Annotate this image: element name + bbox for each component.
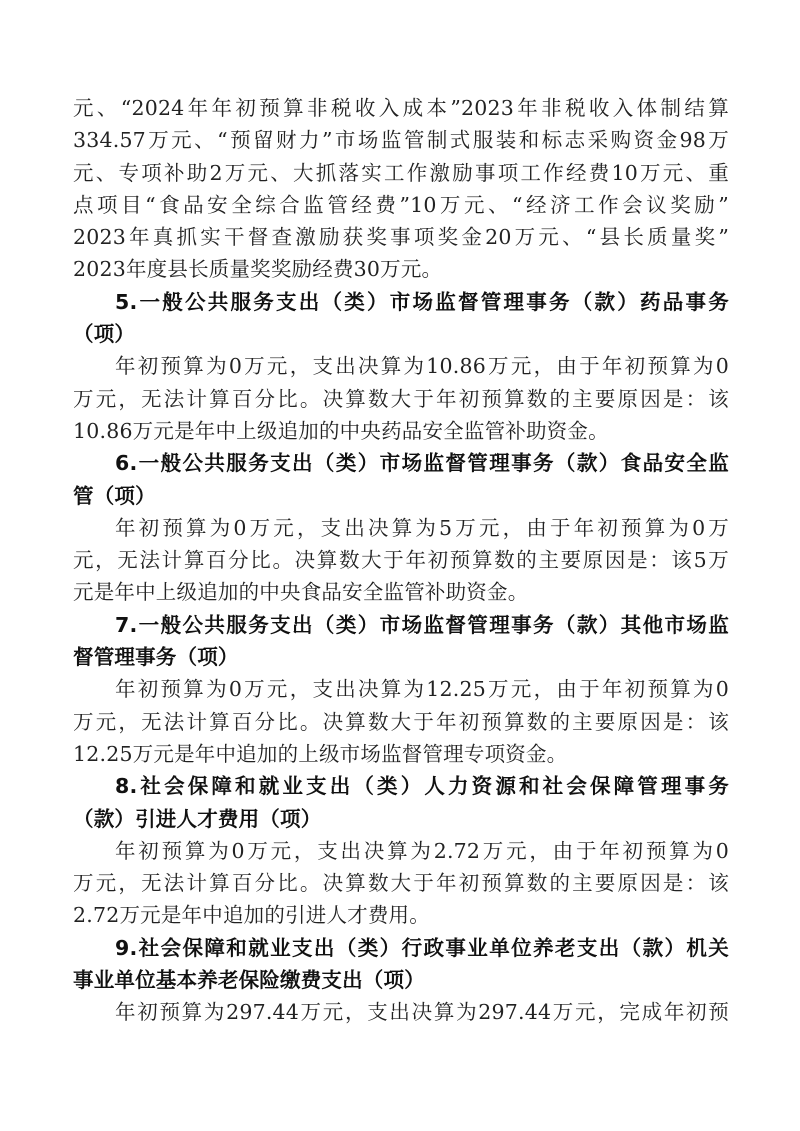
text-line: 年初预算为0万元，支出决算为12.25万元，由于年初预算为0 <box>73 673 729 705</box>
section-heading: 事业单位基本养老保险缴费支出（项） <box>73 964 729 996</box>
text-line: 年初预算为0万元，支出决算为10.86万元，由于年初预算为0 <box>73 350 729 382</box>
text-line: 点项目“食品安全综合监管经费”10万元、“经济工作会议奖励” <box>73 189 729 221</box>
section-heading: 6.一般公共服务支出（类）市场监督管理事务（款）食品安全监 <box>73 447 729 479</box>
section-heading: 督管理事务（项） <box>73 641 729 673</box>
text-line: 元、专项补助2万元、大抓落实工作激励事项工作经费10万元、重 <box>73 157 729 189</box>
section-5: 5.一般公共服务支出（类）市场监督管理事务（款）药品事务 （项） 年初预算为0万… <box>73 286 729 447</box>
text-line: 12.25万元是年中追加的上级市场监督管理专项资金。 <box>73 738 729 770</box>
text-line: 年初预算为0万元，支出决算为5万元，由于年初预算为0万 <box>73 512 729 544</box>
section-6: 6.一般公共服务支出（类）市场监督管理事务（款）食品安全监 管（项） 年初预算为… <box>73 447 729 608</box>
text-line: 万元，无法计算百分比。决算数大于年初预算数的主要原因是：该 <box>73 383 729 415</box>
text-line: 万元，无法计算百分比。决算数大于年初预算数的主要原因是：该 <box>73 706 729 738</box>
text-line: 2023年真抓实干督查激励获奖事项奖金20万元、“县长质量奖” <box>73 221 729 253</box>
text-line: 元、“2024年年初预算非税收入成本”2023年非税收入体制结算 <box>73 92 729 124</box>
section-heading: 8.社会保障和就业支出（类）人力资源和社会保障管理事务 <box>73 770 729 802</box>
text-line: 年初预算为297.44万元，支出决算为297.44万元，完成年初预 <box>73 996 729 1028</box>
intro-paragraph: 元、“2024年年初预算非税收入成本”2023年非税收入体制结算 334.57万… <box>73 92 729 286</box>
text-line: 万元，无法计算百分比。决算数大于年初预算数的主要原因是：该 <box>73 867 729 899</box>
section-heading: （项） <box>73 318 729 350</box>
text-line: 2023年度县长质量奖奖励经费30万元。 <box>73 253 729 285</box>
section-heading: 7.一般公共服务支出（类）市场监督管理事务（款）其他市场监 <box>73 609 729 641</box>
section-9: 9.社会保障和就业支出（类）行政事业单位养老支出（款）机关 事业单位基本养老保险… <box>73 932 729 1029</box>
section-7: 7.一般公共服务支出（类）市场监督管理事务（款）其他市场监 督管理事务（项） 年… <box>73 609 729 770</box>
text-line: 年初预算为0万元，支出决算为2.72万元，由于年初预算为0 <box>73 835 729 867</box>
section-heading: （款）引进人才费用（项） <box>73 803 729 835</box>
section-heading: 管（项） <box>73 480 729 512</box>
document-page: 元、“2024年年初预算非税收入成本”2023年非税收入体制结算 334.57万… <box>73 92 729 1029</box>
section-heading: 5.一般公共服务支出（类）市场监督管理事务（款）药品事务 <box>73 286 729 318</box>
text-line: 10.86万元是年中上级追加的中央药品安全监管补助资金。 <box>73 415 729 447</box>
section-8: 8.社会保障和就业支出（类）人力资源和社会保障管理事务 （款）引进人才费用（项）… <box>73 770 729 931</box>
text-line: 334.57万元、“预留财力”市场监管制式服装和标志采购资金98万 <box>73 124 729 156</box>
section-heading: 9.社会保障和就业支出（类）行政事业单位养老支出（款）机关 <box>73 932 729 964</box>
text-line: 元，无法计算百分比。决算数大于年初预算数的主要原因是：该5万 <box>73 544 729 576</box>
text-line: 元是年中上级追加的中央食品安全监管补助资金。 <box>73 576 729 608</box>
text-line: 2.72万元是年中追加的引进人才费用。 <box>73 899 729 931</box>
